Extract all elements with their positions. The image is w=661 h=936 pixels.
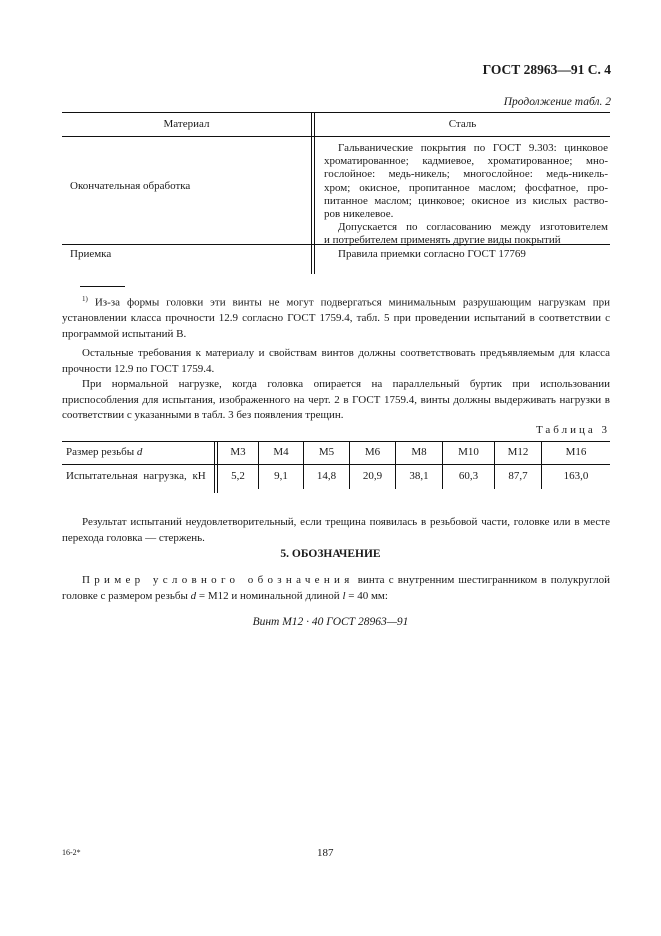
load-cell: 5,2 xyxy=(218,470,258,482)
load-cell: 9,1 xyxy=(259,470,303,482)
table-rule xyxy=(62,136,610,137)
row-label-acceptance: Приемка xyxy=(70,248,111,261)
designation-example-paragraph: Пример условного обозначения винта с вну… xyxy=(62,573,610,604)
footer-mark: 16-2* xyxy=(62,848,81,857)
size-cell: М16 xyxy=(542,446,610,458)
paragraph-test-result: Результат испытаний неудовлетворительный… xyxy=(62,515,610,546)
header-material: Материал xyxy=(62,118,311,131)
paragraph-requirements: Остальные требования к материалу и свойс… xyxy=(62,346,610,377)
load-cell: 38,1 xyxy=(396,470,442,482)
table-3: Размер резьбы d Испытательная нагрузка, … xyxy=(62,441,610,491)
load-cell: 87,7 xyxy=(495,470,541,482)
row-label-test-load: Испытательная нагрузка, кН xyxy=(66,470,206,482)
size-cell: М10 xyxy=(443,446,494,458)
document-code: ГОСТ 28963—91 С. 4 xyxy=(483,62,611,78)
size-cell: М12 xyxy=(495,446,541,458)
column-divider xyxy=(214,441,215,493)
finishing-description: Гальванические покрытия по ГОСТ 9.303: ц… xyxy=(324,142,608,248)
footnote-marker: 1) xyxy=(82,295,88,303)
column-divider xyxy=(311,112,312,274)
size-cell: М6 xyxy=(350,446,395,458)
size-cell: М8 xyxy=(396,446,442,458)
section-title: 5. ОБОЗНАЧЕНИЕ xyxy=(0,548,661,560)
row-label-thread-size: Размер резьбы d xyxy=(66,446,142,458)
header-steel: Сталь xyxy=(315,118,610,131)
column-divider xyxy=(314,112,315,274)
table-2: Материал Сталь Окончательная обработка Г… xyxy=(62,112,610,272)
size-cell: М5 xyxy=(304,446,349,458)
size-cell: М4 xyxy=(259,446,303,458)
paragraph-load-test-text: При нормальной нагрузке, когда головка о… xyxy=(62,377,610,424)
size-cell: М3 xyxy=(218,446,258,458)
example-label: Пример условного обозначения xyxy=(82,574,354,586)
load-cell: 163,0 xyxy=(542,470,610,482)
table-continuation-label: Продолжение табл. 2 xyxy=(504,96,611,108)
load-cell: 14,8 xyxy=(304,470,349,482)
load-cell: 60,3 xyxy=(443,470,494,482)
table-3-label: Таблица 3 xyxy=(536,424,610,436)
footnote-rule xyxy=(80,286,125,287)
designation-example: Винт М12 · 40 ГОСТ 28963—91 xyxy=(0,616,661,628)
row-label-finishing: Окончательная обработка xyxy=(70,180,190,193)
acceptance-description: Правила приемки согласно ГОСТ 17769 xyxy=(338,248,526,261)
table-rule xyxy=(62,112,610,113)
page-number: 187 xyxy=(317,847,334,859)
table-rule xyxy=(62,464,610,465)
footnote: 1) Из-за формы головки эти винты не могу… xyxy=(62,292,610,342)
table-rule xyxy=(62,441,610,442)
footnote-text: Из-за формы головки эти винты не могут п… xyxy=(62,297,610,340)
load-cell: 20,9 xyxy=(350,470,395,482)
